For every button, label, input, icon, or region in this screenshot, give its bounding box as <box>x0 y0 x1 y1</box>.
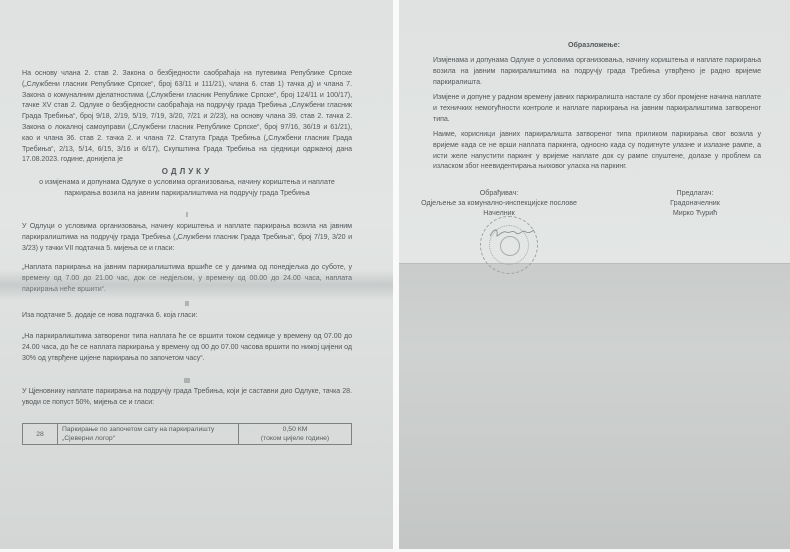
handwritten-signature-icon <box>488 226 536 240</box>
proposer-label: Предлагач: <box>645 188 745 198</box>
row-number: 28 <box>23 424 58 445</box>
section-1-heading: I <box>22 210 352 221</box>
processor-department: Одјељење за комунално-инспекцијске посло… <box>419 198 579 208</box>
row-price-cell: 0,50 КМ (током цијеле године) <box>239 424 352 445</box>
page-folded-lower-area <box>399 263 790 549</box>
processor-label: Обрађивач: <box>419 188 579 198</box>
section-2-quote: „На паркиралиштима затвореног типа напла… <box>22 331 352 363</box>
explanation-paragraph-2: Измјене и допуне у радном времену јавних… <box>433 92 761 124</box>
official-seal-icon <box>480 216 538 274</box>
preamble-paragraph: На основу члана 2. став 2. Закона о безб… <box>22 68 352 165</box>
explanation-paragraph-1: Измјенама и допунама Одлуке о условима о… <box>433 55 761 87</box>
explanation-heading: Образложење: <box>429 40 759 51</box>
document-page-right: Образложење: Измјенама и допунама Одлуке… <box>399 0 790 549</box>
decision-subtitle: о измјенама и допунама Одлуке о условима… <box>22 177 352 199</box>
row-description: Паркирање по започетом сату на паркирали… <box>58 424 239 445</box>
proposer-block: Предлагач: Градоначелник Мирко Ћурић <box>645 188 745 218</box>
table-row: 28 Паркирање по започетом сату на паркир… <box>23 424 352 445</box>
section-2-text: Иза подтачке 5. додаје се нова подтачка … <box>22 310 352 321</box>
document-page-left: На основу члана 2. став 2. Закона о безб… <box>0 0 393 549</box>
price-table: 28 Паркирање по започетом сату на паркир… <box>22 423 352 445</box>
row-price-note: (током цијеле године) <box>243 434 347 443</box>
row-description-line-2: „Сјеверни логор“ <box>62 434 234 443</box>
proposer-name: Мирко Ћурић <box>645 208 745 218</box>
explanation-paragraph-3: Наиме, корисници јавних паркиралишта зат… <box>433 129 761 172</box>
row-price: 0,50 КМ <box>243 425 347 434</box>
processor-block: Обрађивач: Одјељење за комунално-инспекц… <box>419 188 579 218</box>
section-2-heading: II <box>22 299 352 310</box>
section-1-quote: „Наплата паркирања на јавним паркиралишт… <box>22 262 352 294</box>
section-1-text: У Одлуци о условима организовања, начину… <box>22 221 352 253</box>
section-3-text: У Цјеновнику наплате паркирања на подруч… <box>22 386 352 408</box>
proposer-role: Градоначелник <box>645 198 745 208</box>
row-description-line-1: Паркирање по започетом сату на паркирали… <box>62 425 234 434</box>
